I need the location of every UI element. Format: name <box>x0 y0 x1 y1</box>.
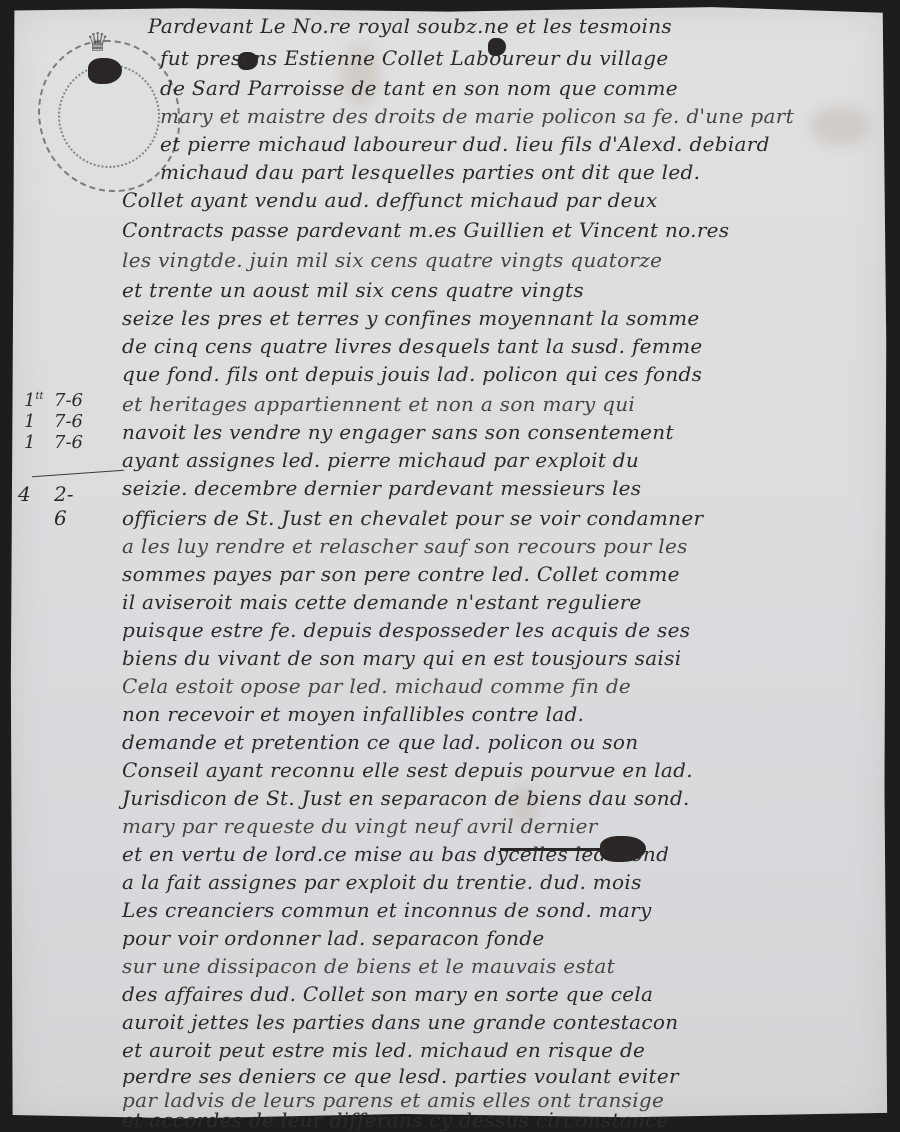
manuscript-line: demande et pretention ce que lad. polico… <box>122 730 638 754</box>
manuscript-line: de cinq cens quatre livres desquels tant… <box>122 334 702 358</box>
margin-row: 1tt 7-6 <box>18 390 128 411</box>
crown-seal-icon: ♛ <box>86 28 109 58</box>
manuscript-line: Jurisdicon de St. Just en separacon de b… <box>122 786 690 810</box>
manuscript-line: Les creanciers commun et inconnus de son… <box>122 898 652 922</box>
manuscript-line: puisque estre fe. depuis desposseder les… <box>122 618 690 642</box>
margin-row: 1 7-6 <box>18 432 128 453</box>
manuscript-line: sur une dissipacon de biens et le mauvai… <box>122 954 615 978</box>
manuscript-line: des affaires dud. Collet son mary en sor… <box>122 982 653 1006</box>
manuscript-line: de Sard Parroisse de tant en son nom que… <box>160 76 678 100</box>
manuscript-line: a la fait assignes par exploit du trenti… <box>122 870 642 894</box>
manuscript-line: Conseil ayant reconnu elle sest depuis p… <box>122 758 693 782</box>
manuscript-line: il aviseroit mais cette demande n'estant… <box>122 590 642 614</box>
manuscript-line: officiers de St. Just en chevalet pour s… <box>122 506 703 530</box>
manuscript-line: mary et maistre des droits de marie poli… <box>160 104 794 128</box>
manuscript-line: Collet ayant vendu aud. deffunct michaud… <box>122 188 658 212</box>
manuscript-line: perdre ses deniers ce que lesd. parties … <box>122 1064 679 1088</box>
manuscript-line: et accordes de leur differans cy dessus … <box>122 1108 669 1132</box>
manuscript-line: et heritages appartiennent et non a son … <box>122 392 635 416</box>
manuscript-line: fut presens Estienne Collet Laboureur du… <box>160 46 669 70</box>
manuscript-line: et auroit peut estre mis led. michaud en… <box>122 1038 645 1062</box>
manuscript-line: Cela estoit opose par led. michaud comme… <box>122 674 631 698</box>
manuscript-line: auroit jettes les parties dans une grand… <box>122 1010 678 1034</box>
margin-calculation: 1tt 7-6 1 7-6 1 7-6 4 2-6 <box>18 390 128 453</box>
manuscript-line: ayant assignes led. pierre michaud par e… <box>122 448 639 472</box>
manuscript-line: les vingtde. juin mil six cens quatre vi… <box>122 248 662 272</box>
manuscript-line: biens du vivant de son mary qui en est t… <box>122 646 681 670</box>
manuscript-line: et pierre michaud laboureur dud. lieu fi… <box>160 132 770 156</box>
manuscript-line: mary par requeste du vingt neuf avril de… <box>122 814 598 838</box>
margin-row: 1 7-6 <box>18 411 128 432</box>
manuscript-line: pour voir ordonner lad. separacon fonde <box>122 926 545 950</box>
manuscript-line: michaud dau part lesquelles parties ont … <box>160 160 700 184</box>
manuscript-line: et trente un aoust mil six cens quatre v… <box>122 278 584 302</box>
manuscript-line: seizie. decembre dernier pardevant messi… <box>122 476 641 500</box>
manuscript-line: que fond. fils ont depuis jouis lad. pol… <box>122 362 702 386</box>
manuscript-line: Contracts passe pardevant m.es Guillien … <box>122 218 729 242</box>
paper-stain <box>810 106 870 146</box>
manuscript-line: navoit les vendre ny engager sans son co… <box>122 420 674 444</box>
manuscript-line: sommes payes par son pere contre led. Co… <box>122 562 680 586</box>
manuscript-line: a les luy rendre et relascher sauf son r… <box>122 534 688 558</box>
manuscript-line: et en vertu de lord.ce mise au bas dycel… <box>122 842 669 866</box>
manuscript-line: Pardevant Le No.re royal soubz.ne et les… <box>148 14 672 38</box>
manuscript-line: seize les pres et terres y confines moye… <box>122 306 700 330</box>
manuscript-line: non recevoir et moyen infallibles contre… <box>122 702 584 726</box>
